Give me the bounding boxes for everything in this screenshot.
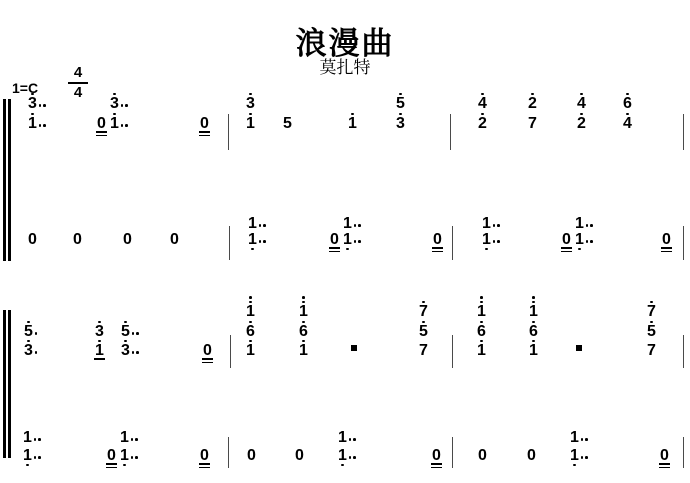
note-number: 4 [577,97,586,110]
barline [230,335,231,368]
rest: 0 [170,233,179,246]
duration-dot [349,438,352,441]
duration-dot [581,438,584,441]
note-number: 1 [23,449,32,462]
note: 4 [478,97,487,110]
barline [450,114,451,150]
octave-dot-above [531,93,534,96]
note-number: 7 [419,305,428,318]
rest: 0 [247,449,256,462]
octave-dot-above [399,93,402,96]
duration-dot [586,224,589,227]
octave-dot-above [626,113,629,116]
octave-dot-above [31,93,34,96]
octave-dot-above [532,296,535,299]
note: 3 [24,344,33,357]
underline [661,247,672,249]
duration-dot [131,438,134,441]
note: 1 [110,117,119,130]
note-number: 1 [110,117,119,130]
note-number: 1 [338,431,347,444]
note-number: 0 [478,449,487,462]
note: 7 [647,344,656,357]
octave-dot-above [249,296,252,299]
octave-dot-above [302,301,305,304]
note: 1 [343,233,352,246]
note: 7 [647,305,656,318]
underline [432,251,443,253]
octave-dot-above [302,296,305,299]
note-number: 5 [419,325,428,338]
note-number: 1 [28,117,37,130]
barline [683,335,684,368]
barline [228,437,229,468]
note-number: 1 [343,233,352,246]
underline [199,467,210,469]
underline [431,467,442,469]
note: 1 [299,305,308,318]
note-number: 6 [246,325,255,338]
rest: 0 [200,449,209,462]
underline [432,247,443,249]
note-number: 3 [24,344,33,357]
barline [229,226,230,260]
octave-dot-above [480,321,483,324]
note: 1 [246,344,255,357]
note: 1 [348,117,357,130]
note: 1 [23,449,32,462]
barline [683,114,684,150]
note-number: 2 [528,97,537,110]
note: 6 [623,97,632,110]
note: 3 [95,325,104,338]
note-number: 1 [529,344,538,357]
note: 2 [478,117,487,130]
rest: 0 [562,233,571,246]
note: 5 [647,325,656,338]
score-page: 浪漫曲 莫扎特 1=C 4 4 310310315153422742640000… [0,0,690,483]
rest: 0 [203,344,212,357]
note-number: 6 [477,325,486,338]
note: 2 [577,117,586,130]
rest: 0 [662,233,671,246]
note-number: 1 [570,431,579,444]
note: 5 [24,325,33,338]
duration-dot [121,104,124,107]
duration-dot [43,124,46,127]
note-number: 1 [570,449,579,462]
octave-dot-below [123,464,126,467]
note: 1 [248,233,257,246]
note-number: 1 [299,344,308,357]
note-number: 1 [338,449,347,462]
octave-dot-below [346,248,349,251]
note-number: 4 [623,117,632,130]
octave-dot-above [351,113,354,116]
octave-dot-above [422,321,425,324]
note: 3 [246,97,255,110]
rest: 0 [123,233,132,246]
duration-dot [38,456,41,459]
duration-dot [39,104,42,107]
octave-dot-above [249,340,252,343]
note: 2 [528,97,537,110]
note-number: 0 [562,233,571,246]
underline [659,463,670,465]
underline [199,135,210,137]
note-number: 6 [529,325,538,338]
octave-dot-below [341,464,344,467]
note-number: 2 [478,117,487,130]
octave-dot-above [124,340,127,343]
note: 3 [110,97,119,110]
rest: 0 [73,233,82,246]
duration-dot [497,224,500,227]
underline [96,131,107,133]
octave-dot-above [113,113,116,116]
duration-dot [125,124,128,127]
note-number: 0 [527,449,536,462]
underline [202,358,213,360]
underline [96,135,107,137]
underline [661,251,672,253]
barline [683,437,684,468]
duration-dot [263,224,266,227]
duration-dot [586,240,589,243]
octave-dot-above [249,113,252,116]
note: 5 [121,325,130,338]
duration-dot [353,438,356,441]
note-number: 0 [200,449,209,462]
duration-dot [135,456,138,459]
octave-dot-below [251,248,254,251]
note-number: 0 [433,233,442,246]
note: 7 [419,305,428,318]
note-number: 6 [299,325,308,338]
note: 1 [529,305,538,318]
note-number: 1 [248,233,257,246]
rest: 0 [433,233,442,246]
underline [561,247,572,249]
octave-dot-above [302,340,305,343]
underline [659,467,670,469]
underline [431,463,442,465]
barline [452,335,453,368]
octave-dot-above [27,340,30,343]
system-start-barline [3,310,6,458]
note-number: 1 [575,233,584,246]
note-number: 1 [477,305,486,318]
note: 1 [246,305,255,318]
note-number: 1 [482,233,491,246]
note-number: 0 [247,449,256,462]
note: 3 [396,117,405,130]
octave-dot-above [650,301,653,304]
note-number: 0 [107,449,116,462]
duration-dot [38,438,41,441]
underline [561,251,572,253]
duration-dot [35,332,38,335]
duration-dot [354,224,357,227]
duration-dot [590,240,593,243]
note-number: 7 [647,305,656,318]
octave-dot-below [578,248,581,251]
rest: 0 [200,117,209,130]
barline [452,437,453,468]
duration-dot [354,240,357,243]
note-number: 1 [348,117,357,130]
note-number: 1 [299,305,308,318]
octave-dot-above [302,321,305,324]
note: 5 [283,117,292,130]
square-dot [576,345,582,351]
duration-dot [34,438,37,441]
note-number: 1 [23,431,32,444]
underline [199,131,210,133]
note-number: 1 [95,344,104,357]
duration-dot [590,224,593,227]
octave-dot-above [580,113,583,116]
duration-dot [135,438,138,441]
note-number: 0 [97,117,106,130]
duration-dot [497,240,500,243]
note: 1 [95,344,104,357]
duration-dot [43,104,46,107]
note: 7 [419,344,428,357]
note-number: 0 [170,233,179,246]
duration-dot [263,240,266,243]
octave-dot-below [485,248,488,251]
note-number: 1 [575,217,584,230]
note: 6 [299,325,308,338]
note: 1 [28,117,37,130]
rest: 0 [660,449,669,462]
octave-dot-above [626,93,629,96]
octave-dot-below [573,464,576,467]
note-number: 1 [246,117,255,130]
duration-dot [136,332,139,335]
note: 1 [343,217,352,230]
note-number: 1 [248,217,257,230]
note: 1 [120,449,129,462]
note: 1 [482,233,491,246]
note: 1 [570,449,579,462]
duration-dot [358,224,361,227]
octave-dot-above [532,321,535,324]
rest: 0 [107,449,116,462]
note-number: 0 [432,449,441,462]
notation-area: 3103103151534227426400001101101101105331… [0,0,690,483]
rest: 0 [527,449,536,462]
note-number: 5 [396,97,405,110]
note-number: 0 [28,233,37,246]
underline [106,463,117,465]
rest: 0 [295,449,304,462]
duration-dot [34,456,37,459]
note-number: 4 [478,97,487,110]
note: 1 [570,431,579,444]
duration-dot [121,124,124,127]
note-number: 1 [120,449,129,462]
note-number: 1 [120,431,129,444]
duration-dot [131,456,134,459]
duration-dot [132,351,135,354]
note-number: 3 [95,325,104,338]
note: 3 [121,344,130,357]
barline [452,226,453,260]
duration-dot [585,456,588,459]
note-number: 1 [246,344,255,357]
octave-dot-above [580,93,583,96]
note: 1 [477,305,486,318]
octave-dot-above [31,113,34,116]
duration-dot [259,224,262,227]
square-dot [351,345,357,351]
duration-dot [493,240,496,243]
octave-dot-above [481,113,484,116]
note-number: 1 [529,305,538,318]
note-number: 3 [246,97,255,110]
note-number: 0 [123,233,132,246]
note-number: 0 [73,233,82,246]
note-number: 1 [477,344,486,357]
octave-dot-above [249,93,252,96]
note: 1 [477,344,486,357]
note: 1 [299,344,308,357]
note: 4 [623,117,632,130]
barline [228,114,229,150]
rest: 0 [97,117,106,130]
note-number: 5 [121,325,130,338]
note: 5 [419,325,428,338]
duration-dot [581,456,584,459]
underline [94,358,105,360]
octave-dot-above [399,113,402,116]
underline [202,362,213,364]
note: 6 [477,325,486,338]
note-number: 7 [528,117,537,130]
underline [106,467,117,469]
octave-dot-above [422,301,425,304]
note-number: 1 [343,217,352,230]
duration-dot [125,104,128,107]
note: 1 [23,431,32,444]
octave-dot-above [124,321,127,324]
duration-dot [358,240,361,243]
note-number: 3 [121,344,130,357]
rest: 0 [432,449,441,462]
note-number: 5 [24,325,33,338]
system-start-barline [8,310,11,458]
octave-dot-above [27,321,30,324]
duration-dot [585,438,588,441]
note: 6 [246,325,255,338]
octave-dot-above [481,93,484,96]
system-start-barline [8,99,11,261]
note: 7 [528,117,537,130]
duration-dot [353,456,356,459]
note-number: 3 [110,97,119,110]
octave-dot-above [113,93,116,96]
note: 1 [529,344,538,357]
octave-dot-above [480,340,483,343]
note-number: 7 [647,344,656,357]
duration-dot [132,332,135,335]
underline [199,463,210,465]
note: 6 [529,325,538,338]
note-number: 0 [200,117,209,130]
duration-dot [35,351,38,354]
rest: 0 [478,449,487,462]
note-number: 2 [577,117,586,130]
octave-dot-above [480,296,483,299]
note-number: 0 [203,344,212,357]
rest: 0 [330,233,339,246]
note: 1 [482,217,491,230]
duration-dot [39,124,42,127]
system-start-barline [3,99,6,261]
note-number: 1 [482,217,491,230]
duration-dot [259,240,262,243]
octave-dot-below [26,464,29,467]
note: 4 [577,97,586,110]
octave-dot-above [98,321,101,324]
octave-dot-above [98,340,101,343]
note-number: 1 [246,305,255,318]
octave-dot-above [532,301,535,304]
duration-dot [136,351,139,354]
note: 1 [338,449,347,462]
rest: 0 [28,233,37,246]
note: 1 [246,117,255,130]
octave-dot-above [650,321,653,324]
underline [329,251,340,253]
note: 5 [396,97,405,110]
note-number: 5 [647,325,656,338]
note-number: 3 [396,117,405,130]
octave-dot-above [249,301,252,304]
note: 1 [248,217,257,230]
note-number: 3 [28,97,37,110]
note-number: 0 [660,449,669,462]
note: 1 [575,217,584,230]
note-number: 0 [330,233,339,246]
note: 3 [28,97,37,110]
note: 1 [120,431,129,444]
note-number: 0 [295,449,304,462]
note-number: 6 [623,97,632,110]
note-number: 7 [419,344,428,357]
note: 1 [575,233,584,246]
duration-dot [493,224,496,227]
octave-dot-above [532,340,535,343]
octave-dot-above [480,301,483,304]
note-number: 5 [283,117,292,130]
octave-dot-above [249,321,252,324]
note: 1 [338,431,347,444]
barline [683,226,684,260]
note-number: 0 [662,233,671,246]
underline [329,247,340,249]
duration-dot [349,456,352,459]
